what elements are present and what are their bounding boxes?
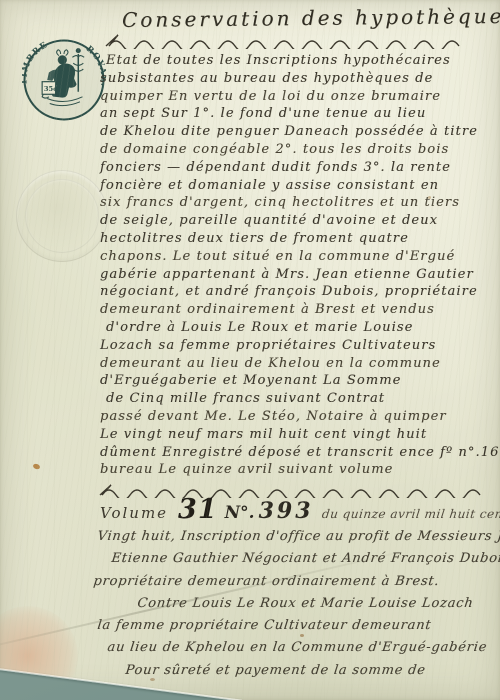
manuscript-page: Conservation des hypothèques TIMBRE ROYA… (0, 0, 500, 700)
manuscript-line: de Khelou dite penguer Daneach possédée … (100, 123, 496, 141)
embossed-dry-seal-inner-ring (25, 179, 99, 253)
section-inscription-state: Etat de toutes les Inscriptions hypothéc… (100, 52, 496, 479)
manuscript-line: Etienne Gauthier Négociant et André Fran… (110, 548, 500, 570)
manuscript-line: chapons. Le tout situé en la commune d'E… (100, 248, 496, 266)
manuscript-line: Etat de toutes les Inscriptions hypothéc… (106, 52, 496, 70)
foxing-speck (428, 196, 431, 199)
manuscript-line: dûment Enregistré déposé et transcrit en… (100, 444, 496, 462)
manuscript-line: Lozach sa femme propriétaires Cultivateu… (100, 337, 496, 355)
document-title: Conservation des hypothèques (122, 4, 492, 32)
embossed-dry-seal (16, 170, 108, 262)
manuscript-line: subsistantes au bureau des hypothèques d… (100, 70, 496, 88)
manuscript-line: demeurant au lieu de Khelou en la commun… (100, 355, 496, 373)
foxing-speck (150, 678, 155, 681)
manuscript-line: an sept Sur 1°. le fond d'une tenue au l… (100, 105, 496, 123)
entry-number-value: 393 (259, 498, 314, 524)
manuscript-line: d'ordre à Louis Le Roux et marie Louise (106, 319, 496, 337)
manuscript-line: six francs d'argent, cinq hectolitres et… (100, 194, 496, 212)
manuscript-line: passé devant Me. Le Stéo, Notaire à quim… (100, 408, 496, 426)
volume-number: 31 (178, 494, 218, 525)
registry-entry-heading: Volume 31 N°. 393 du quinze avril mil hu… (100, 494, 496, 525)
manuscript-line: de seigle, pareille quantité d'avoine et… (100, 212, 496, 230)
manuscript-line: de domaine congéable 2°. tous les droits… (100, 141, 496, 159)
manuscript-line: fonciers — dépendant dudit fonds 3°. la … (100, 159, 496, 177)
manuscript-line: au lieu de Kphelou en la Commune d'Ergué… (106, 637, 500, 659)
manuscript-line: la femme propriétaire Cultivateur demeur… (96, 615, 500, 637)
foxing-speck (32, 463, 40, 470)
entry-number-label: N°. (225, 503, 255, 523)
manuscript-line: de Cinq mille francs suivant Contrat (106, 390, 496, 408)
stamp-denomination: 35c (44, 85, 57, 93)
manuscript-line: demeurant ordinairement à Brest et vendu… (100, 301, 496, 319)
title-underline-flourish (104, 33, 466, 49)
manuscript-line: négociant, et andré françois Dubois, pro… (100, 283, 496, 301)
timbre-royal-stamp: TIMBRE ROYAL. 35c (22, 38, 106, 122)
manuscript-line: gabérie appartenant à Mrs. Jean etienne … (100, 266, 496, 284)
manuscript-line: d'Erguégaberie et Moyenant La Somme (100, 372, 496, 390)
scanned-manuscript: Conservation des hypothèques TIMBRE ROYA… (0, 0, 500, 700)
manuscript-line: hectolitres deux tiers de froment quatre (100, 230, 496, 248)
manuscript-line: Vingt huit, Inscription d'office au prof… (96, 526, 500, 548)
volume-label: Volume (100, 504, 168, 522)
manuscript-line: Contre Louis Le Roux et Marie Louise Loz… (136, 593, 500, 615)
foxing-speck (300, 634, 304, 637)
manuscript-line: bureau Le quinze avril suivant volume (100, 461, 496, 479)
wax-stain (0, 606, 78, 700)
section-inscription-office: Vingt huit, Inscription d'office au prof… (96, 526, 498, 682)
manuscript-line: Pour sûreté et payement de la somme de (124, 660, 500, 682)
manuscript-line: foncière et domaniale y assise consistan… (100, 177, 496, 195)
entry-date-text: du quinze avril mil huit cent (321, 507, 500, 521)
manuscript-line: Le vingt neuf mars mil huit cent vingt h… (100, 426, 496, 444)
manuscript-line: quimper En vertu de la loi du onze bruma… (100, 88, 496, 106)
